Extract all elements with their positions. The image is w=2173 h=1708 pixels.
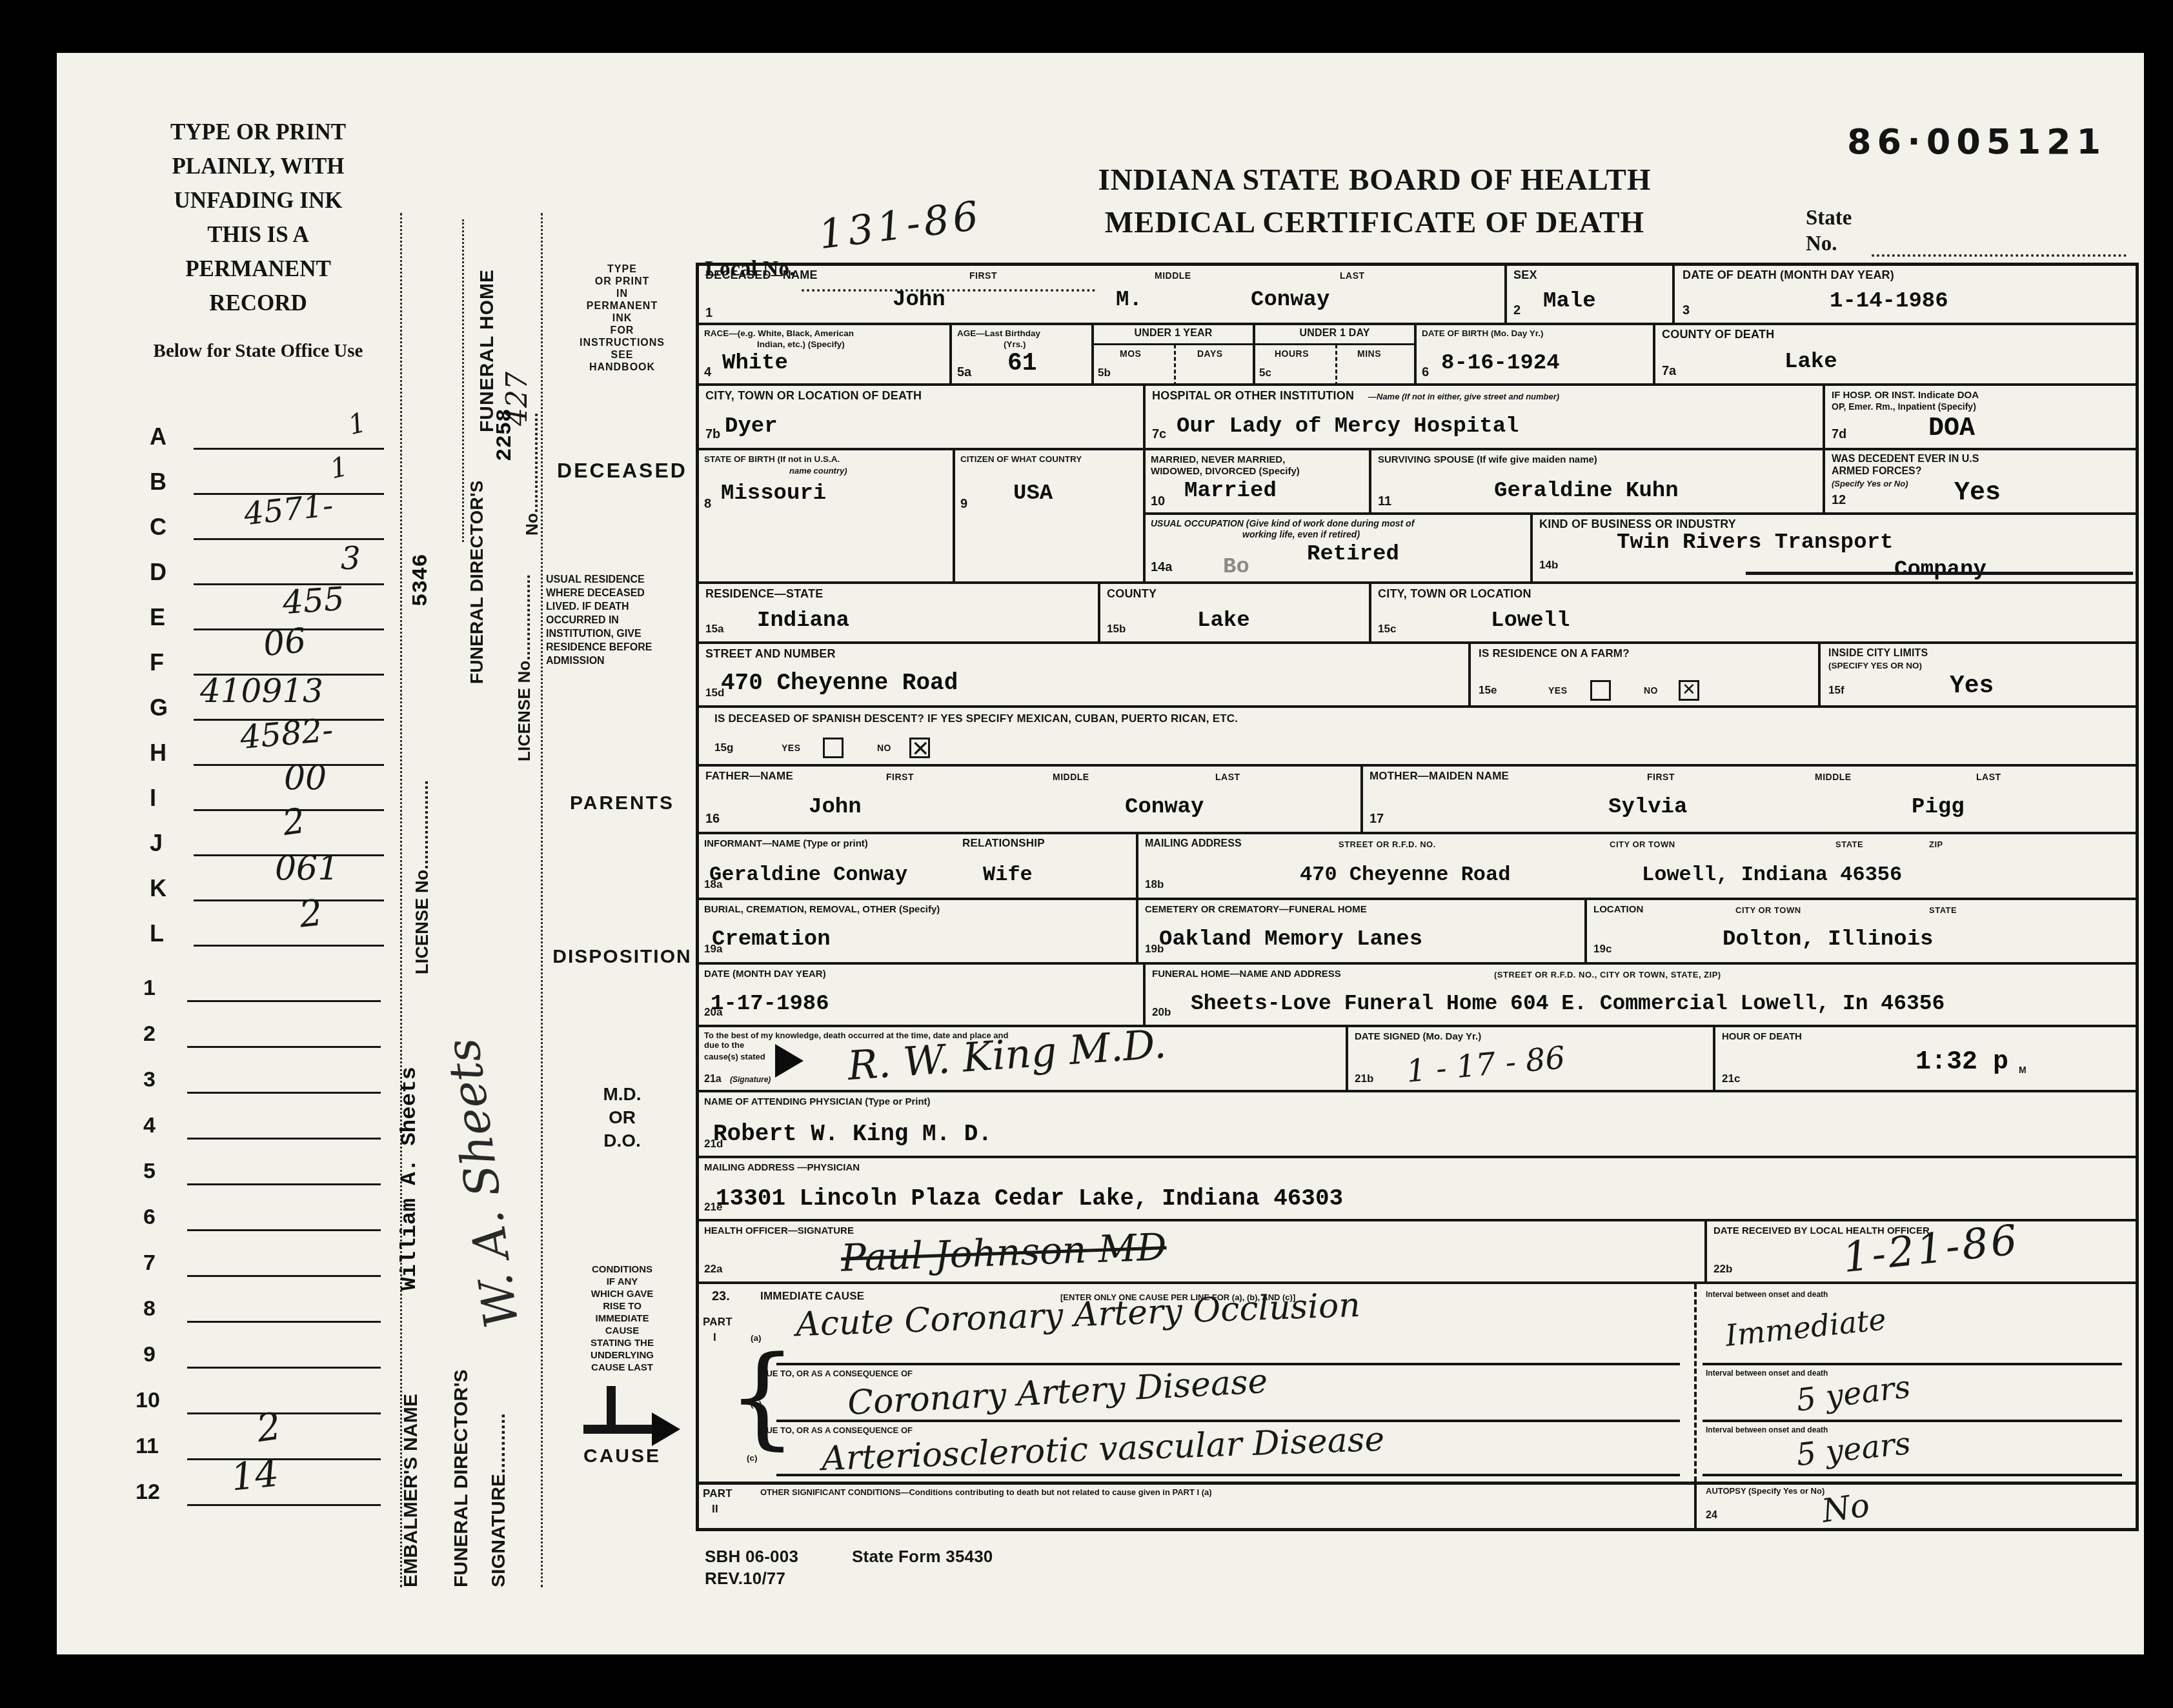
- interval-label: Interval between onset and death: [1706, 1291, 1828, 1300]
- row-letter: E: [150, 604, 165, 631]
- field-number: 21b: [1355, 1072, 1373, 1085]
- field-doa: IF HOSP. OR INST. Indicate DOA OP, Emer.…: [1825, 386, 2136, 450]
- sub-label: CITY OR TOWN: [1735, 905, 1801, 915]
- field-label: FUNERAL HOME—NAME AND ADDRESS: [1152, 969, 1341, 980]
- row-letter: D: [150, 559, 167, 586]
- cause-of-death-section: 23. IMMEDIATE CAUSE [ENTER ONLY ONE CAUS…: [699, 1284, 2136, 1531]
- field-number: 4: [704, 365, 711, 380]
- field-number: 15c: [1378, 623, 1396, 636]
- midcol-line: CONDITIONS: [550, 1263, 694, 1276]
- sub-label: MIDDLE: [1053, 772, 1089, 782]
- cause-c-underline: [776, 1474, 1680, 1476]
- yes-checkbox: [1590, 680, 1611, 701]
- field-label: MAILING ADDRESS: [1145, 838, 1242, 850]
- citizen-value: USA: [1013, 481, 1053, 506]
- field-hospital: HOSPITAL OR OTHER INSTITUTION —Name (If …: [1146, 386, 1825, 450]
- field-label: FATHER—NAME: [705, 770, 793, 783]
- field-number: 18b: [1145, 878, 1164, 891]
- field-state-of-birth: STATE OF BIRTH (If not in U.S.A. name co…: [699, 450, 955, 584]
- field-number: 7d: [1832, 427, 1846, 442]
- middle-name-value: M.: [1116, 288, 1142, 312]
- field-number: 15e: [1479, 684, 1497, 697]
- informant-street-value: 470 Cheyenne Road: [1300, 863, 1510, 887]
- midcol-line: UNDERLYING: [550, 1349, 694, 1361]
- sub-label: MOS: [1120, 348, 1141, 359]
- row-letter: F: [150, 649, 164, 676]
- midcol-line: OR PRINT: [550, 276, 694, 288]
- row-number: 11: [136, 1434, 159, 1459]
- midcol-line: D.O.: [550, 1129, 694, 1152]
- row-letter: C: [150, 514, 167, 541]
- below-for-state-office-label: Below for State Office Use: [103, 341, 413, 362]
- state-file-stamp: 86·005121: [1847, 121, 2107, 162]
- row-value: 410913: [200, 672, 323, 710]
- sub-label: FIRST: [1647, 772, 1675, 782]
- field-health-officer: HEALTH OFFICER—SIGNATURE 22a Paul Johnso…: [699, 1221, 1707, 1284]
- due-to-label: DUE TO, OR AS A CONSEQUENCE OF: [760, 1369, 913, 1379]
- field-label: MARRIED, NEVER MARRIED,: [1151, 454, 1285, 465]
- field-number: 6: [1422, 365, 1429, 380]
- sub-label: FIRST: [969, 270, 997, 281]
- field-label2: (Yrs.): [1004, 339, 1026, 350]
- row-letter: J: [150, 830, 163, 857]
- row-letter: B: [150, 468, 167, 496]
- field-label: MAILING ADDRESS —PHYSICIAN: [704, 1162, 860, 1173]
- form-revision: REV.10/77: [705, 1569, 785, 1588]
- conditions-block: CONDITIONS IF ANY WHICH GAVE RISE TO IMM…: [550, 1263, 694, 1374]
- field-label: DATE OF DEATH (MONTH DAY YEAR): [1683, 269, 1894, 282]
- scanned-death-certificate: { "colors": {"paper": "#f2f1ea", "ink": …: [0, 0, 2173, 1708]
- field-number: 7c: [1152, 427, 1166, 442]
- field-informant-address: MAILING ADDRESS STREET OR R.F.D. NO. CIT…: [1138, 834, 2136, 900]
- state-no-dotted-line: [1872, 254, 2127, 257]
- funeral-director-signature-label2: SIGNATURE...........: [488, 1336, 509, 1587]
- midcol-line: HANDBOOK: [550, 361, 694, 374]
- instruction-line: TYPE OR PRINT: [103, 115, 413, 149]
- midcol-line: INK: [550, 312, 694, 325]
- midcol-line: LIVED. IF DEATH: [546, 600, 698, 614]
- row-value: 2: [298, 892, 325, 936]
- cemetery-value: Oakland Memory Lanes: [1159, 927, 1422, 952]
- instruction-line: PERMANENT: [103, 252, 413, 286]
- field-label: HOSPITAL OR OTHER INSTITUTION: [1152, 390, 1354, 403]
- conditions-arrow-stem: [607, 1386, 616, 1426]
- midcol-line: INSTITUTION, GIVE: [546, 627, 698, 641]
- field-deceased-name: DECEASED—NAME FIRST MIDDLE LAST 1 John M…: [699, 266, 1507, 325]
- field-label: RACE—(e.g. White, Black, American: [704, 328, 854, 339]
- field-sex: SEX 2 Male: [1507, 266, 1675, 325]
- father-first-value: John: [809, 795, 862, 819]
- field-label: KIND OF BUSINESS OR INDUSTRY: [1539, 518, 1736, 531]
- field-number: 16: [705, 812, 720, 827]
- immediate-cause-label: IMMEDIATE CAUSE: [760, 1291, 864, 1303]
- field-label: CITY, TOWN OR LOCATION: [1378, 588, 1531, 601]
- field-note: (STREET OR R.F.D. NO., CITY OR TOWN, STA…: [1494, 970, 1721, 980]
- state-no-label: State No.: [1806, 205, 1852, 257]
- interval-label: Interval between onset and death: [1706, 1369, 1828, 1378]
- field-disposition-date: DATE (MONTH DAY YEAR) 20a 1-17-1986: [699, 965, 1146, 1027]
- field-label: BURIAL, CREMATION, REMOVAL, OTHER (Speci…: [704, 904, 940, 915]
- field-number: 5b: [1098, 367, 1111, 379]
- armed-forces-value: Yes: [1954, 479, 2001, 508]
- field-citizen-of: CITIZEN OF WHAT COUNTRY 9 USA: [955, 450, 1146, 584]
- field-label: DECEASED—NAME: [705, 269, 818, 282]
- row-number: 12: [136, 1480, 160, 1505]
- informant-name-value: Geraldine Conway: [709, 863, 907, 887]
- residence-county-value: Lake: [1197, 608, 1250, 633]
- field-number: 15f: [1828, 684, 1845, 697]
- signature-pointer-icon: [775, 1044, 804, 1078]
- field-number: 10: [1151, 494, 1165, 509]
- due-to-label: DUE TO, OR AS A CONSEQUENCE OF: [760, 1426, 913, 1436]
- field-number: 15a: [705, 623, 723, 636]
- field-number: 3: [1683, 303, 1690, 318]
- field-age: AGE—Last Birthday (Yrs.) 5a 61: [952, 325, 1094, 386]
- field-number: 1: [705, 306, 713, 321]
- field-label2: OP, Emer. Rm., Inpatient (Specify): [1832, 401, 1976, 412]
- no-label: NO: [877, 743, 891, 753]
- field-date-signed: DATE SIGNED (Mo. Day Yr.) 21b 1 - 17 - 8…: [1348, 1027, 1715, 1092]
- cause-c-marker: (c): [747, 1453, 758, 1463]
- row-value: 06: [261, 621, 308, 665]
- midcol-line: M.D.: [550, 1083, 694, 1106]
- midcol-line: CAUSE LAST: [550, 1361, 694, 1374]
- field-label: USUAL OCCUPATION (Give kind of work done…: [1151, 518, 1414, 528]
- row-letter: H: [150, 739, 167, 767]
- race-value: White: [722, 351, 788, 376]
- field-street-number: STREET AND NUMBER 15d 470 Cheyenne Road: [699, 644, 1471, 708]
- state-word: State: [1806, 205, 1852, 231]
- interval-label: Interval between onset and death: [1706, 1426, 1828, 1435]
- field-note: —Name (If not in either, give street and…: [1368, 392, 1559, 401]
- interval-b-underline: [1703, 1420, 2122, 1422]
- sub-label: MINS: [1357, 348, 1381, 359]
- sub-label: LAST: [1976, 772, 2001, 782]
- marital-status-value: Married: [1184, 479, 1277, 503]
- instruction-line: PLAINLY, WITH: [103, 149, 413, 183]
- occupation-ghost-text: Bo: [1223, 555, 1249, 579]
- field-number: 14b: [1539, 559, 1558, 572]
- hour-meridiem-label: M: [2019, 1065, 2026, 1075]
- row-number: 4: [143, 1113, 156, 1138]
- row-value: 00: [284, 759, 327, 798]
- city-of-death-value: Dyer: [725, 414, 778, 439]
- first-name-value: John: [893, 288, 945, 312]
- field-label: IF HOSP. OR INST. Indicate DOA: [1832, 390, 1979, 401]
- row-number: 9: [143, 1342, 156, 1367]
- field-label: NAME OF ATTENDING PHYSICIAN (Type or Pri…: [704, 1096, 931, 1107]
- relationship-label: RELATIONSHIP: [962, 838, 1045, 850]
- midcol-line: IN: [550, 288, 694, 300]
- field-under-1-year: UNDER 1 YEAR MOS DAYS 5b: [1094, 325, 1255, 386]
- hospital-value: Our Lady of Mercy Hospital: [1177, 414, 1519, 439]
- field-number: 21c: [1722, 1072, 1740, 1085]
- field-label: DATE (MONTH DAY YEAR): [704, 969, 826, 980]
- cause-a-marker: (a): [751, 1333, 762, 1343]
- state-of-birth-value: Missouri: [721, 481, 826, 506]
- sub-label: MIDDLE: [1155, 270, 1191, 281]
- field-label: COUNTY OF DEATH: [1662, 328, 1774, 341]
- interval-column-divider: [1694, 1284, 1697, 1482]
- field-spanish-descent: IS DECEASED OF SPANISH DESCENT? IF YES S…: [699, 708, 2136, 767]
- field-burial-cremation: BURIAL, CREMATION, REMOVAL, OTHER (Speci…: [699, 900, 1138, 965]
- type-or-print-block: TYPE OR PRINT IN PERMANENT INK FOR INSTR…: [550, 263, 694, 374]
- part2-label: PART: [703, 1488, 733, 1500]
- field-label: UNDER 1 YEAR: [1094, 328, 1253, 339]
- midcol-line: OCCURRED IN: [546, 614, 698, 627]
- field-number: 11: [1378, 494, 1391, 509]
- age-value: 61: [1007, 350, 1037, 377]
- funeral-home-value: Sheets-Love Funeral Home 604 E. Commerci…: [1191, 992, 1945, 1016]
- county-of-death-value: Lake: [1784, 350, 1837, 374]
- sub-label: STATE: [1835, 839, 1863, 849]
- sub-label: STREET OR R.F.D. NO.: [1339, 839, 1436, 849]
- field-label: RESIDENCE—STATE: [705, 588, 823, 601]
- relationship-value: Wife: [983, 863, 1033, 887]
- field-number: 2: [1513, 303, 1521, 318]
- row-number: 6: [143, 1205, 156, 1230]
- sub-label: HOURS: [1275, 348, 1309, 359]
- industry-value-line1: Twin Rivers Transport: [1617, 530, 1893, 555]
- field-number: 21a: [704, 1074, 722, 1085]
- residence-city-value: Lowell: [1491, 608, 1570, 633]
- field-label: SURVIVING SPOUSE (If wife give maiden na…: [1378, 454, 1597, 465]
- md-or-do-label: M.D. OR D.O.: [550, 1083, 694, 1152]
- cause-b-underline: [776, 1420, 1680, 1422]
- field-residence-state: RESIDENCE—STATE 15a Indiana: [699, 584, 1100, 644]
- part2-label2: II: [712, 1503, 718, 1516]
- disposition-value: Cremation: [712, 927, 831, 952]
- health-officer-signature: Paul Johnson MD: [840, 1225, 1167, 1280]
- sub-label: STATE: [1929, 905, 1957, 915]
- field-armed-forces: WAS DECEDENT EVER IN U.S ARMED FORCES? (…: [1825, 450, 2136, 515]
- field-number: 9: [960, 497, 967, 512]
- instruction-line: THIS IS A: [103, 217, 413, 252]
- strike-line: [1746, 572, 2133, 575]
- field-business-industry: KIND OF BUSINESS OR INDUSTRY 14b Twin Ri…: [1533, 515, 2136, 584]
- sex-value: Male: [1543, 289, 1596, 314]
- city-limits-value: Yes: [1950, 672, 1994, 700]
- row-value: 3: [341, 541, 361, 577]
- field-label: LOCATION: [1593, 904, 1643, 915]
- mother-first-value: Sylvia: [1608, 795, 1687, 819]
- row-number: 10: [136, 1388, 160, 1413]
- row-number: 2: [143, 1021, 156, 1047]
- last-name-value: Conway: [1251, 288, 1329, 312]
- disposition-date-value: 1-17-1986: [711, 992, 829, 1016]
- cause-b-marker: (b): [751, 1399, 762, 1409]
- license2-value: 2258: [493, 371, 518, 461]
- field-attending-physician: NAME OF ATTENDING PHYSICIAN (Type or Pri…: [699, 1092, 2136, 1158]
- sub-label: MIDDLE: [1815, 772, 1852, 782]
- license1-label: LICENSE No..................: [413, 613, 432, 974]
- field-label: SEX: [1513, 269, 1537, 282]
- sub-label: ZIP: [1929, 839, 1943, 849]
- field-label: HOUR OF DEATH: [1722, 1031, 1802, 1042]
- field-label: DATE OF BIRTH (Mo. Day Yr.): [1422, 328, 1544, 339]
- field-label2: WIDOWED, DIVORCED (Specify): [1151, 466, 1300, 477]
- date-of-death-value: 1-14-1986: [1830, 289, 1948, 314]
- field-label: COUNTY: [1107, 588, 1157, 601]
- license2-label: LICENSE No..................: [515, 452, 534, 761]
- field-number: 7b: [705, 427, 720, 442]
- industry-value-line2: Company: [1894, 558, 1986, 582]
- field-number: 20b: [1152, 1006, 1171, 1019]
- license1-value: 5346: [409, 503, 434, 607]
- field-number: 12: [1832, 493, 1846, 508]
- sub-label: LAST: [1215, 772, 1240, 782]
- midcol-line: IMMEDIATE: [550, 1312, 694, 1325]
- field-label: IS RESIDENCE ON A FARM?: [1479, 648, 1630, 660]
- field-number: 24: [1706, 1510, 1717, 1522]
- instruction-line: UNFADING INK: [103, 183, 413, 217]
- certification-text2: cause(s) stated: [704, 1052, 765, 1061]
- midcol-line: FOR: [550, 325, 694, 337]
- midcol-line: SEE: [550, 349, 694, 361]
- field-label3: (Specify Yes or No): [1832, 479, 1908, 488]
- field-number: 17: [1369, 812, 1384, 827]
- field-county-of-death: COUNTY OF DEATH 7a Lake: [1655, 325, 2136, 386]
- doa-value: DOA: [1928, 414, 1975, 443]
- field-label: WAS DECEDENT EVER IN U.S: [1832, 454, 1979, 465]
- conditions-arrow-bar: [583, 1425, 653, 1434]
- part1-label: PART: [703, 1316, 733, 1329]
- physician-address-value: 13301 Lincoln Plaza Cedar Lake, Indiana …: [716, 1185, 1343, 1212]
- parents-section-label: PARENTS: [550, 792, 694, 814]
- hour-of-death-value: 1:32 p: [1915, 1048, 2008, 1077]
- field-number: 19c: [1593, 943, 1612, 956]
- informant-city-value: Lowell, Indiana 46356: [1642, 863, 1902, 887]
- field-usual-occupation: USUAL OCCUPATION (Give kind of work done…: [1146, 515, 1533, 584]
- no-label: NO: [1644, 685, 1658, 696]
- midcol-line: USUAL RESIDENCE: [546, 573, 698, 587]
- signature-label: (Signature): [730, 1075, 771, 1084]
- father-last-value: Conway: [1125, 795, 1204, 819]
- row-number: 7: [143, 1251, 156, 1276]
- field-label: CEMETERY OR CREMATORY—FUNERAL HOME: [1145, 904, 1367, 915]
- no-checkbox: ✕: [909, 738, 930, 758]
- field-date-of-birth: DATE OF BIRTH (Mo. Day Yr.) 6 8-16-1924: [1417, 325, 1655, 386]
- embalmer-name-label: EMBALMER'S NAME: [400, 1297, 421, 1587]
- funeral-director-label: FUNERAL DIRECTOR'S: [467, 374, 487, 684]
- field-label: INFORMANT—NAME (Type or print): [704, 838, 868, 849]
- field-number: 22a: [704, 1263, 722, 1276]
- instruction-line: RECORD: [103, 286, 413, 320]
- midcol-line: TYPE: [550, 263, 694, 276]
- row-letter: A: [150, 423, 167, 450]
- sub-label: DAYS: [1197, 348, 1223, 359]
- field-label: DATE SIGNED (Mo. Day Yr.): [1355, 1031, 1481, 1042]
- field-label: MOTHER—MAIDEN NAME: [1369, 770, 1509, 783]
- midcol-line: WHICH GAVE: [550, 1288, 694, 1300]
- residence-state-value: Indiana: [757, 608, 849, 633]
- sub-label: CITY OR TOWN: [1610, 839, 1675, 849]
- usual-residence-block: USUAL RESIDENCE WHERE DECEASED LIVED. IF…: [546, 573, 698, 668]
- row-number: 1: [143, 976, 156, 1001]
- sub-label: LAST: [1340, 270, 1365, 281]
- dotted-rule: [462, 219, 464, 542]
- autopsy-label: AUTOPSY (Specify Yes or No): [1706, 1487, 1824, 1496]
- instructions-block: TYPE OR PRINT PLAINLY, WITH UNFADING INK…: [103, 115, 413, 320]
- interval-c-underline: [1703, 1474, 2122, 1476]
- row-letter: I: [150, 785, 156, 812]
- field-label: IS DECEASED OF SPANISH DESCENT? IF YES S…: [714, 713, 1238, 725]
- field-label2: name country): [789, 466, 847, 476]
- funeral-director-signature-label1: FUNERAL DIRECTOR'S: [450, 1284, 472, 1587]
- field-hour-of-death: HOUR OF DEATH 21c 1:32 p M: [1715, 1027, 2136, 1092]
- field-number: 14a: [1151, 560, 1172, 575]
- other-significant-conditions-label: OTHER SIGNIFICANT CONDITIONS—Conditions …: [760, 1488, 1599, 1498]
- row-letter: L: [150, 920, 164, 947]
- midcol-line: CAUSE: [550, 1325, 694, 1337]
- field-number: 15g: [714, 741, 733, 754]
- no-word: No.: [1806, 231, 1852, 257]
- field-physician-address: MAILING ADDRESS —PHYSICIAN 21e 13301 Lin…: [699, 1158, 2136, 1221]
- autopsy-value: No: [1819, 1486, 1872, 1530]
- sub-label: FIRST: [886, 772, 914, 782]
- field-date-received: DATE RECEIVED BY LOCAL HEALTH OFFICER 22…: [1707, 1221, 2136, 1284]
- title-line1: INDIANA STATE BOARD OF HEALTH: [968, 159, 1781, 201]
- row-value: 455: [281, 580, 345, 622]
- field-number: 5c: [1259, 367, 1271, 379]
- midcol-line: OR: [550, 1106, 694, 1129]
- no-checkbox: ✕: [1679, 680, 1699, 701]
- field-number: 8: [704, 497, 711, 512]
- field-number: 15b: [1107, 623, 1126, 636]
- interval-a-value: Immediate: [1724, 1301, 1888, 1353]
- embalmer-name-value: William A. Sheets: [398, 949, 422, 1291]
- midcol-line: RESIDENCE BEFORE: [546, 641, 698, 654]
- field-mother-name: MOTHER—MAIDEN NAME FIRST MIDDLE LAST 17 …: [1363, 767, 2136, 834]
- part1-label2: I: [713, 1332, 716, 1344]
- row-value: 14: [229, 1451, 281, 1499]
- disposition-section-label: DISPOSITION: [542, 946, 702, 967]
- field-date-of-death: DATE OF DEATH (MONTH DAY YEAR) 3 1-14-19…: [1675, 266, 2136, 325]
- title-line2: MEDICAL CERTIFICATE OF DEATH: [968, 201, 1781, 244]
- conditions-arrow-head-icon: [652, 1412, 680, 1446]
- field-funeral-home: FUNERAL HOME—NAME AND ADDRESS (STREET OR…: [1146, 965, 2136, 1027]
- deceased-section-label: DECEASED: [550, 459, 694, 482]
- date-signed-value: 1 - 17 - 86: [1405, 1040, 1566, 1089]
- yes-label: YES: [782, 743, 801, 753]
- yes-label: YES: [1548, 685, 1568, 696]
- cause-section-label: CAUSE: [550, 1445, 694, 1467]
- midcol-line: IF ANY: [550, 1276, 694, 1288]
- midcol-line: RISE TO: [550, 1300, 694, 1312]
- field-label2: working life, even if retired): [1242, 529, 1360, 539]
- field-inside-city-limits: INSIDE CITY LIMITS (SPECIFY YES OR NO) 1…: [1821, 644, 2136, 708]
- row-number: 8: [143, 1296, 156, 1321]
- field-label: STATE OF BIRTH (If not in U.S.A.: [704, 454, 840, 465]
- interval-a-underline: [1703, 1363, 2122, 1365]
- location-value: Dolton, Illinois: [1723, 927, 1933, 952]
- field-residence-city: CITY, TOWN OR LOCATION 15c Lowell: [1371, 584, 2136, 644]
- field-label2: ARMED FORCES?: [1832, 466, 1922, 477]
- field-label2: Indian, etc.) (Specify): [757, 339, 845, 350]
- mother-last-value: Pigg: [1912, 795, 1965, 819]
- field-residence-on-farm: IS RESIDENCE ON A FARM? 15e YES NO ✕: [1471, 644, 1821, 708]
- field-marital-status: MARRIED, NEVER MARRIED, WIDOWED, DIVORCE…: [1146, 450, 1371, 515]
- certificate-title: INDIANA STATE BOARD OF HEALTH MEDICAL CE…: [968, 159, 1781, 244]
- field-number: 7a: [1662, 364, 1676, 379]
- field-surviving-spouse: SURVIVING SPOUSE (If wife give maiden na…: [1371, 450, 1825, 515]
- form-code: SBH 06-003: [705, 1547, 798, 1566]
- row-letter: G: [150, 694, 168, 721]
- field-disposition-location: LOCATION CITY OR TOWN STATE 19c Dolton, …: [1587, 900, 2136, 965]
- yes-checkbox: [823, 738, 844, 758]
- field-under-1-day: UNDER 1 DAY HOURS MINS 5c: [1255, 325, 1417, 386]
- street-number-value: 470 Cheyenne Road: [721, 670, 958, 696]
